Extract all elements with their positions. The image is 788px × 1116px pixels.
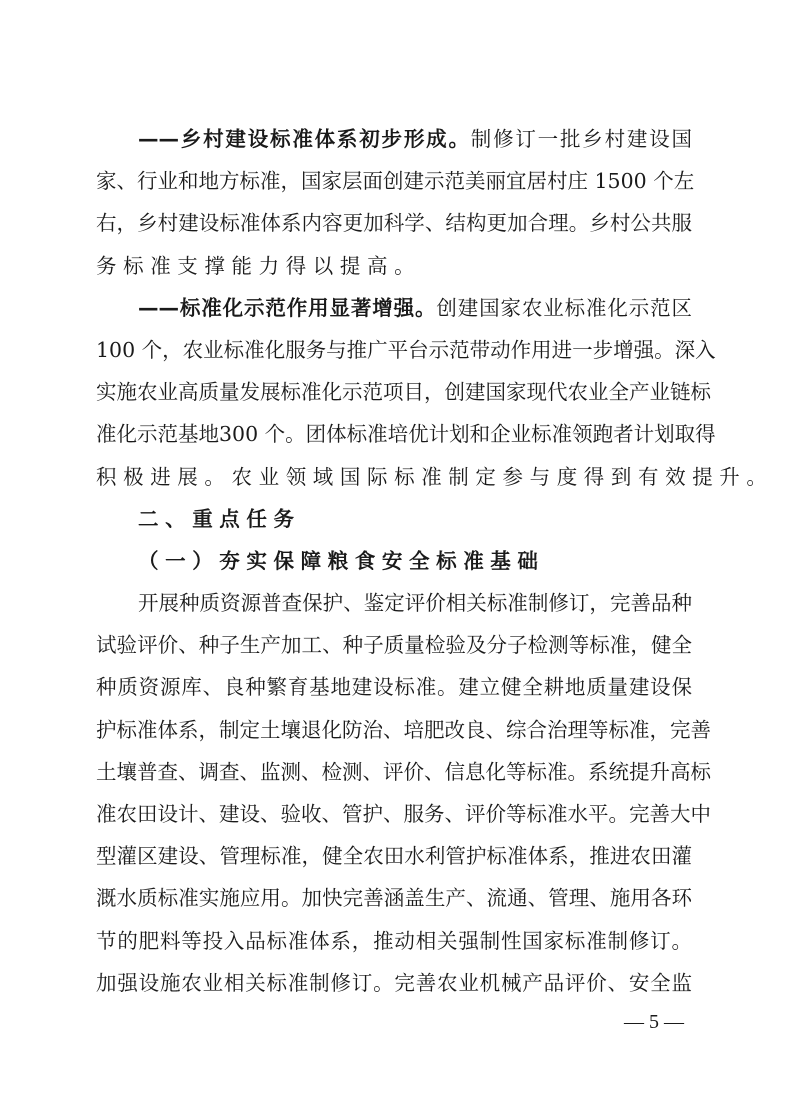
body-line-10: 加强设施农业相关标准制修订。完善农业机械产品评价、安全监 <box>96 962 692 1004</box>
bold-lead-rural-construction: ——乡村建设标准体系初步形成。 <box>138 127 471 151</box>
paragraph-rural-construction-line-1: ——乡村建设标准体系初步形成。制修订一批乡村建设国 <box>96 118 692 160</box>
body-line-9: 节的肥料等投入品标准体系，推动相关强制性国家标准制修订。 <box>96 920 692 962</box>
body-line-5: 土壤普查、调查、监测、检测、评价、信息化等标准。系统提升高标 <box>96 751 692 793</box>
section-heading: 二、重点任务 <box>96 498 692 540</box>
paragraph-rural-construction-line-2: 家、行业和地方标准，国家层面创建示范美丽宜居村庄 1500 个左 <box>96 160 692 202</box>
paragraph-standardization-demo-line-2: 100 个，农业标准化服务与推广平台示范带动作用进一步增强。深入 <box>96 329 692 371</box>
text-run: 制修订一批乡村建设国 <box>471 127 692 151</box>
page-number: — 5 — <box>624 1011 684 1034</box>
body-line-3: 种质资源库、良种繁育基地建设标准。建立健全耕地质量建设保 <box>96 666 692 708</box>
text-run: 创建国家农业标准化示范区 <box>436 296 692 320</box>
body-line-2: 试验评价、种子生产加工、种子质量检验及分子检测等标准，健全 <box>96 624 692 666</box>
paragraph-standardization-demo-line-5: 积极进展。农业领域国际标准制定参与度得到有效提升。 <box>96 456 692 498</box>
body-line-6: 准农田设计、建设、验收、管护、服务、评价等标准水平。完善大中 <box>96 793 692 835</box>
page-number-footer: — 5 — <box>0 1011 788 1034</box>
body-line-8: 溉水质标准实施应用。加快完善涵盖生产、流通、管理、施用各环 <box>96 877 692 919</box>
body-line-7: 型灌区建设、管理标准，健全农田水利管护标准体系，推进农田灌 <box>96 835 692 877</box>
body-line-1: 开展种质资源普查保护、鉴定评价相关标准制修订，完善品种 <box>96 582 692 624</box>
subsection-heading: （一）夯实保障粮食安全标准基础 <box>96 540 692 582</box>
paragraph-standardization-demo-line-3: 实施农业高质量发展标准化示范项目，创建国家现代农业全产业链标 <box>96 371 692 413</box>
paragraph-rural-construction-line-3: 右，乡村建设标准体系内容更加科学、结构更加合理。乡村公共服 <box>96 202 692 244</box>
document-page: ——乡村建设标准体系初步形成。制修订一批乡村建设国 家、行业和地方标准，国家层面… <box>96 118 692 1004</box>
paragraph-standardization-demo-line-1: ——标准化示范作用显著增强。创建国家农业标准化示范区 <box>96 287 692 329</box>
paragraph-standardization-demo-line-4: 准化示范基地300 个。团体标准培优计划和企业标准领跑者计划取得 <box>96 413 692 455</box>
paragraph-rural-construction-line-4: 务标准支撑能力得以提高。 <box>96 245 692 287</box>
body-line-4: 护标准体系，制定土壤退化防治、培肥改良、综合治理等标准，完善 <box>96 709 692 751</box>
bold-lead-standardization-demo: ——标准化示范作用显著增强。 <box>138 296 436 320</box>
